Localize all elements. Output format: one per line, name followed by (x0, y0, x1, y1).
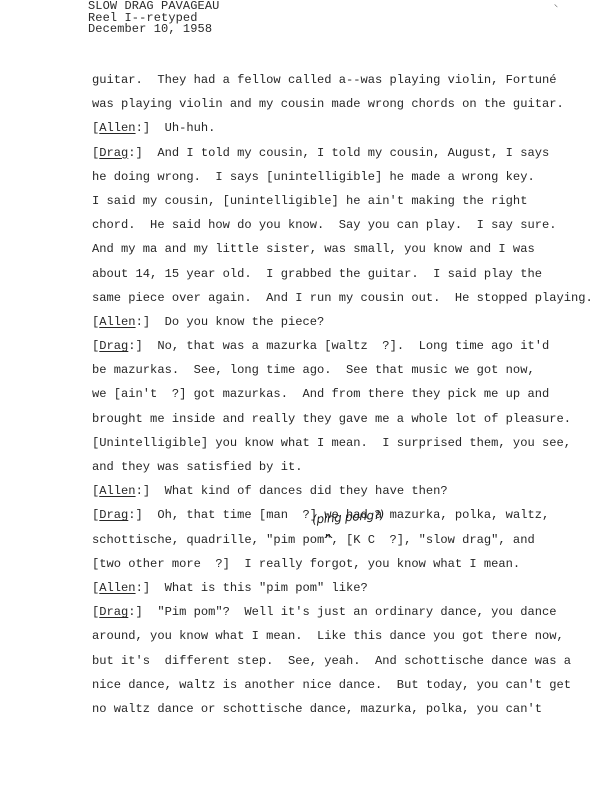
speaker-label: [Drag:] (92, 339, 143, 353)
transcript-line: schottische, quadrille, "pim pom", [K C … (92, 528, 612, 552)
line-text: around, you know what I mean. Like this … (92, 629, 564, 643)
line-text: we [ain't ?] got mazurkas. And from ther… (92, 387, 549, 401)
transcript-line: [two other more ?] I really forgot, you … (92, 552, 612, 576)
insertion-caret-mark: ^ (323, 533, 334, 548)
transcript-line: I said my cousin, [unintelligible] he ai… (92, 189, 612, 213)
speaker-name: Drag (99, 508, 128, 522)
transcript-line: brought me inside and really they gave m… (92, 407, 612, 431)
transcript-line: be mazurkas. See, long time ago. See tha… (92, 358, 612, 382)
speaker-label: [Allen:] (92, 581, 150, 595)
transcript-line: he doing wrong. I says [unintelligible] … (92, 165, 612, 189)
speaker-name: Allen (99, 315, 135, 329)
transcript-page: SLOW DRAG PAVAGEAU Reel I--retyped Decem… (0, 0, 612, 792)
speaker-line: [Drag:] No, that was a mazurka [waltz ?]… (92, 334, 612, 358)
transcript-line: nice dance, waltz is another nice dance.… (92, 673, 612, 697)
speaker-name: Allen (99, 484, 135, 498)
speaker-line: [Allen:] What is this "pim pom" like? (92, 576, 612, 600)
speaker-name: Drag (99, 146, 128, 160)
transcript-line: guitar. They had a fellow called a--was … (92, 68, 612, 92)
speaker-line: [Allen:] Uh-huh. (92, 116, 612, 140)
speaker-label: [Drag:] (92, 508, 143, 522)
speaker-name: Drag (99, 605, 128, 619)
transcript-line: and they was satisfied by it. (92, 455, 612, 479)
transcript-line: [Unintelligible] you know what I mean. I… (92, 431, 612, 455)
line-text: guitar. They had a fellow called a--was … (92, 73, 556, 87)
page-header: SLOW DRAG PAVAGEAU Reel I--retyped Decem… (88, 1, 219, 36)
transcript-line: chord. He said how do you know. Say you … (92, 213, 612, 237)
corner-mark: ⸌ (554, 2, 558, 13)
line-text: chord. He said how do you know. Say you … (92, 218, 556, 232)
line-text: brought me inside and really they gave m… (92, 412, 571, 426)
speaker-line: [Drag:] And I told my cousin, I told my … (92, 141, 612, 165)
line-text: same piece over again. And I run my cous… (92, 291, 593, 305)
line-text: No, that was a mazurka [waltz ?]. Long t… (143, 339, 549, 353)
line-text: was playing violin and my cousin made wr… (92, 97, 564, 111)
speaker-name: Allen (99, 581, 135, 595)
line-text: And my ma and my little sister, was smal… (92, 242, 535, 256)
transcript-line: same piece over again. And I run my cous… (92, 286, 612, 310)
line-text: no waltz dance or schottische dance, maz… (92, 702, 542, 716)
line-text: be mazurkas. See, long time ago. See tha… (92, 363, 535, 377)
transcript-line: around, you know what I mean. Like this … (92, 624, 612, 648)
line-text: about 14, 15 year old. I grabbed the gui… (92, 267, 542, 281)
speaker-label: [Allen:] (92, 484, 150, 498)
transcript-line: but it's different step. See, yeah. And … (92, 649, 612, 673)
line-text: [Unintelligible] you know what I mean. I… (92, 436, 571, 450)
transcript-body: guitar. They had a fellow called a--was … (92, 68, 612, 721)
transcript-line: no waltz dance or schottische dance, maz… (92, 697, 612, 721)
line-text: but it's different step. See, yeah. And … (92, 654, 571, 668)
speaker-line: [Drag:] "Pim pom"? Well it's just an ord… (92, 600, 612, 624)
transcript-line: And my ma and my little sister, was smal… (92, 237, 612, 261)
line-text: What kind of dances did they have then? (150, 484, 448, 498)
speaker-label: [Drag:] (92, 146, 143, 160)
line-text: and they was satisfied by it. (92, 460, 302, 474)
speaker-label: [Allen:] (92, 315, 150, 329)
speaker-name: Allen (99, 121, 135, 135)
line-text: I said my cousin, [unintelligible] he ai… (92, 194, 527, 208)
line-text: he doing wrong. I says [unintelligible] … (92, 170, 535, 184)
transcript-line: about 14, 15 year old. I grabbed the gui… (92, 262, 612, 286)
line-text: What is this "pim pom" like? (150, 581, 368, 595)
line-text: [two other more ?] I really forgot, you … (92, 557, 520, 571)
line-text: Do you know the piece? (150, 315, 324, 329)
speaker-name: Drag (99, 339, 128, 353)
line-text: And I told my cousin, I told my cousin, … (143, 146, 549, 160)
line-text: schottische, quadrille, "pim pom", [K C … (92, 533, 535, 547)
transcript-line: was playing violin and my cousin made wr… (92, 92, 612, 116)
header-date: December 10, 1958 (88, 24, 219, 36)
speaker-line: [Allen:] Do you know the piece? (92, 310, 612, 334)
speaker-label: [Allen:] (92, 121, 150, 135)
line-text: nice dance, waltz is another nice dance.… (92, 678, 571, 692)
speaker-label: [Drag:] (92, 605, 143, 619)
line-text: Uh-huh. (150, 121, 215, 135)
line-text: "Pim pom"? Well it's just an ordinary da… (143, 605, 557, 619)
speaker-line: [Allen:] What kind of dances did they ha… (92, 479, 612, 503)
transcript-line: we [ain't ?] got mazurkas. And from ther… (92, 382, 612, 406)
